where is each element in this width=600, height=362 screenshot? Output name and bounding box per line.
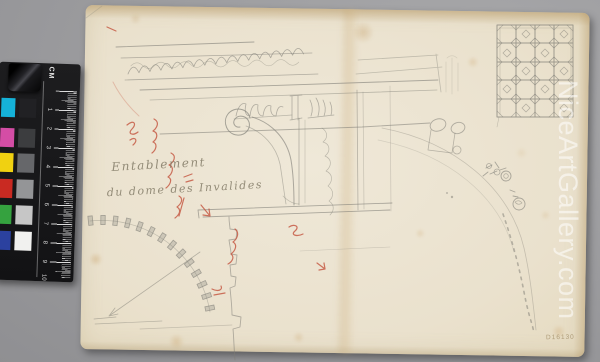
watermark: NiceArtGallery.com xyxy=(552,80,583,320)
ruler-number-4: 4 xyxy=(44,162,50,170)
ruler-number-7: 7 xyxy=(42,219,48,227)
watermark-text: NiceArtGallery.com xyxy=(553,80,583,320)
ruler-number-9: 9 xyxy=(41,257,47,265)
ruler-number-10: 10 xyxy=(40,273,46,281)
color-calibration-bar: CM 1 2 3 4 5 6 7 8 9 10 xyxy=(0,62,81,283)
inscription-handwriting: Entablement du dome des Invalides xyxy=(111,146,264,206)
catalog-number: D16130 xyxy=(546,334,575,342)
voussoir-arch-sketch xyxy=(88,215,215,319)
ruler-unit-label: CM xyxy=(47,66,54,79)
ruler-number-1: 1 xyxy=(46,105,52,113)
binder-clip xyxy=(8,63,42,92)
entablature-sketch xyxy=(116,42,442,134)
gray-patch-20 xyxy=(15,205,33,225)
ruler-number-3: 3 xyxy=(45,143,51,151)
gray-patch-white xyxy=(14,231,32,251)
color-patch-green xyxy=(0,205,12,224)
plan-arc-sketch xyxy=(378,117,536,333)
color-patch-blue xyxy=(0,231,11,250)
ruler-number-8: 8 xyxy=(41,238,47,246)
gray-patch-60 xyxy=(17,153,35,173)
pencil-sketch-layer xyxy=(0,0,600,362)
color-patch-cyan xyxy=(1,98,16,117)
color-patch-magenta xyxy=(0,128,15,147)
gray-patch-40 xyxy=(16,179,34,199)
color-patch-red xyxy=(0,179,13,198)
gray-patch-80 xyxy=(18,128,36,148)
gray-patch-black xyxy=(19,98,37,118)
color-patch-yellow xyxy=(0,153,14,172)
ruler-number-6: 6 xyxy=(43,200,49,208)
ruler-divider xyxy=(36,81,44,277)
faint-study-sketch xyxy=(446,56,458,94)
corner-crease xyxy=(86,6,102,18)
ruler-number-5: 5 xyxy=(43,181,49,189)
ruler-number-2: 2 xyxy=(45,124,51,132)
molding-profile-sketch xyxy=(95,217,241,360)
photo-of-drawing: Entablement du dome des Invalides CM 1 2… xyxy=(0,0,600,362)
